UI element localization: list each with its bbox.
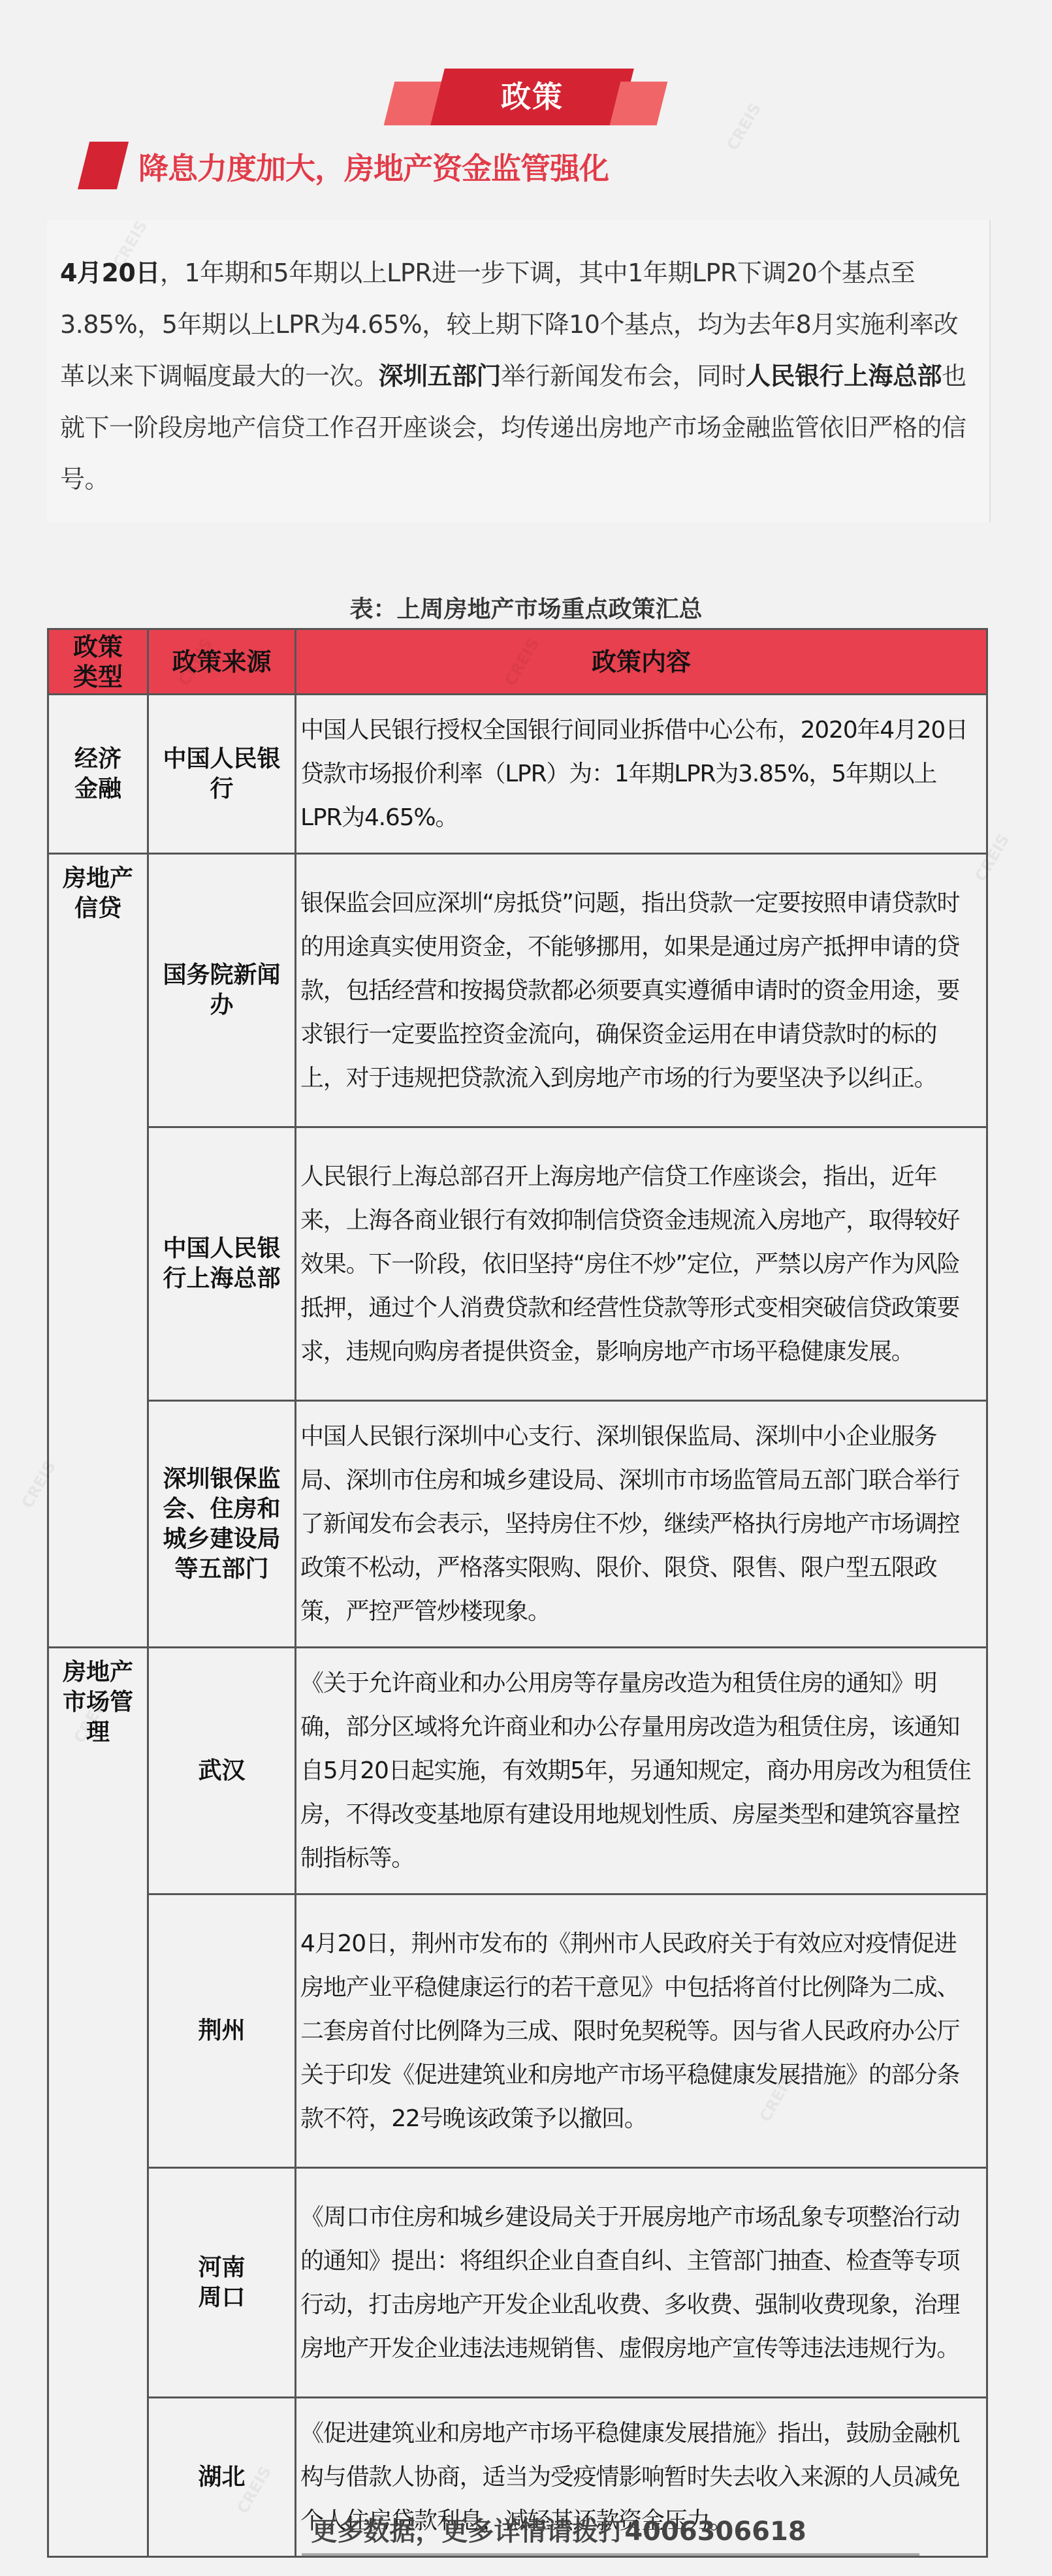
source-cell: 河南周口 [148,2168,296,2398]
category-cell: 房地产信贷 [48,854,148,1648]
table-header-row: 政策类型 政策来源 政策内容 [48,629,987,695]
category-cell: 房地产市场管理 [48,1648,148,2557]
section-badge: 政策 [385,69,667,126]
content-cell: 中国人民银行深圳中心支行、深圳银保监局、深圳中小企业服务局、深圳市住房和城乡建设… [296,1401,987,1648]
content-cell: 4月20日，荆州市发布的《荆州市人民政府关于有效应对疫情促进房地产业平稳健康运行… [296,1894,987,2168]
source-cell: 中国人民银行 [148,695,296,854]
content-cell: 人民银行上海总部召开上海房地产信贷工作座谈会，指出，近年来，上海各商业银行有效抑… [296,1127,987,1401]
table-row: 河南周口 《周口市住房和城乡建设局关于开展房地产市场乱象专项整治行动的通知》提出… [48,2168,987,2398]
content-cell: 银保监会回应深圳“房抵贷”问题，指出贷款一定要按照申请贷款时的用途真实使用资金，… [296,854,987,1127]
subtitle-accent-bar [78,142,129,189]
content-cell: 《关于允许商业和办公用房等存量房改造为租赁住房的通知》明确，部分区域将允许商业和… [296,1648,987,1894]
table-row: 经济金融 中国人民银行 中国人民银行授权全国银行间同业拆借中心公布，2020年4… [48,695,987,854]
source-cell: 荆州 [148,1894,296,2168]
table-row: 深圳银保监会、住房和城乡建设局等五部门 中国人民银行深圳中心支行、深圳银保监局、… [48,1401,987,1648]
table-title: 表：上周房地产市场重点政策汇总 [0,591,1052,628]
footer-contact: 更多数据，更多详情请拨打4006306618 [0,2512,1052,2551]
intro-box: 4月20日，1年期和5年期以上LPR进一步下调，其中1年期LPR下调20个基点至… [47,220,991,522]
source-cell: 武汉 [148,1648,296,1894]
intro-highlight-shenzhen: 深圳五部门 [379,362,502,390]
watermark-logo: CREIS [724,100,765,153]
intro-date: 4月20日 [60,259,160,287]
header-policy-source: 政策来源 [148,629,296,695]
source-cell: 深圳银保监会、住房和城乡建设局等五部门 [148,1401,296,1648]
table-row: 荆州 4月20日，荆州市发布的《荆州市人民政府关于有效应对疫情促进房地产业平稳健… [48,1894,987,2168]
intro-highlight-shanghai: 人民银行上海总部 [746,362,942,390]
table-row: 房地产市场管理 武汉 《关于允许商业和办公用房等存量房改造为租赁住房的通知》明确… [48,1648,987,1894]
category-cell: 经济金融 [48,695,148,854]
content-cell: 《周口市住房和城乡建设局关于开展房地产市场乱象专项整治行动的通知》提出：将组织企… [296,2168,987,2398]
header-policy-content: 政策内容 [296,629,987,695]
table-row: 房地产信贷 国务院新闻办 银保监会回应深圳“房抵贷”问题，指出贷款一定要按照申请… [48,854,987,1127]
intro-paragraph: 4月20日，1年期和5年期以上LPR进一步下调，其中1年期LPR下调20个基点至… [60,247,975,505]
content-cell: 中国人民银行授权全国银行间同业拆借中心公布，2020年4月20日贷款市场报价利率… [296,695,987,854]
source-cell: 国务院新闻办 [148,854,296,1127]
section-title: 政策 [438,69,627,125]
section-subtitle: 降息力度加大，房地产资金监管强化 [138,148,609,189]
table-row: 中国人民银行上海总部 人民银行上海总部召开上海房地产信贷工作座谈会，指出，近年来… [48,1127,987,1401]
source-cell: 中国人民银行上海总部 [148,1127,296,1401]
intro-text-2: 举行新闻发布会，同时 [501,362,746,390]
header-policy-type: 政策类型 [48,629,148,695]
policy-table: 政策类型 政策来源 政策内容 经济金融 中国人民银行 中国人民银行授权全国银行间… [47,628,988,2558]
footer-underline [302,2553,919,2556]
